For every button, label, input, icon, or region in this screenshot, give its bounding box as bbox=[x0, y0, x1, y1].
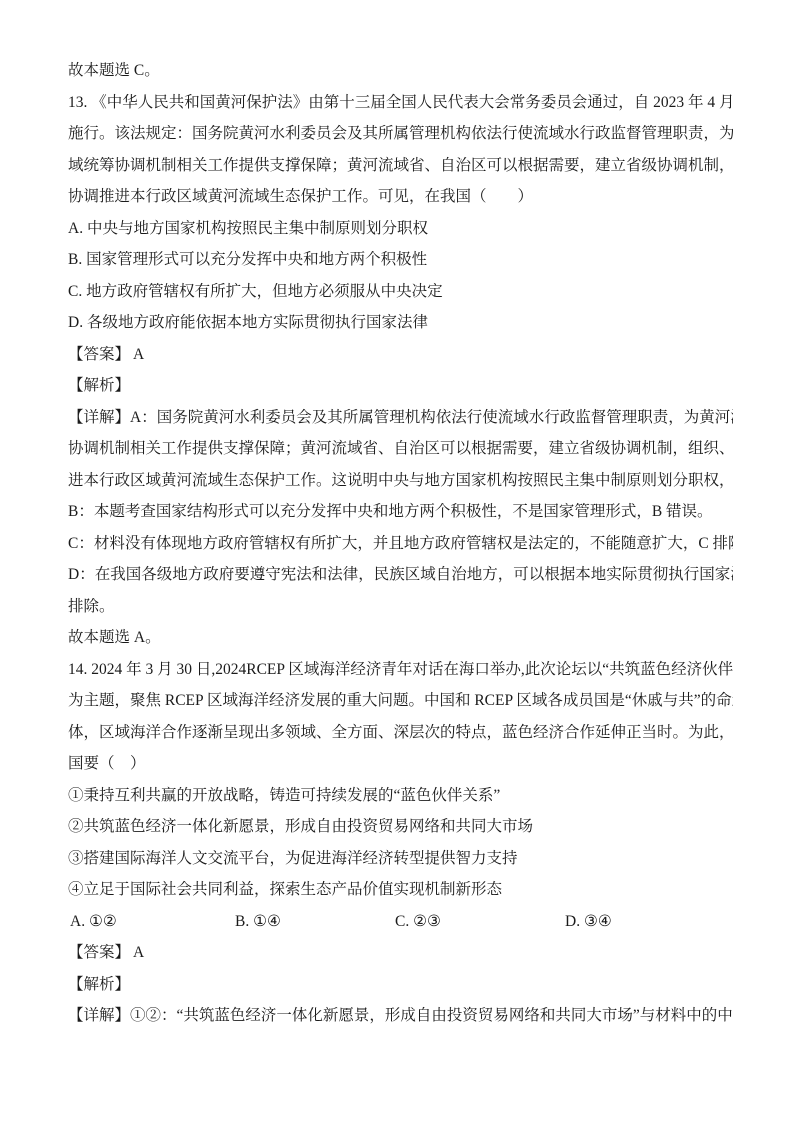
q14-statement-2: ②共筑蓝色经济一体化新愿景，形成自由投资贸易网络和共同大市场 bbox=[68, 811, 733, 843]
q14-stem-line-4: 国要（ ） bbox=[68, 748, 733, 780]
q14-option-b: B. ①④ bbox=[235, 906, 281, 938]
q13-detail-line-5: C：材料没有体现地方政府管辖权有所扩大，并且地方政府管辖权是法定的，不能随意扩大… bbox=[68, 528, 733, 560]
q14-answer-label: 【答案】 bbox=[68, 944, 130, 961]
q13-stem-line-2: 施行。该法规定：国务院黄河水利委员会及其所属管理机构依法行使流域水行政监督管理职… bbox=[68, 118, 733, 150]
q13-detail-line-7: 排除。 bbox=[68, 591, 733, 623]
q13-closing-statement: 故本题选 A。 bbox=[68, 622, 733, 654]
q13-answer-label: 【答案】 bbox=[68, 346, 130, 363]
q13-detail-line-3: 进本行政区域黄河流域生态保护工作。这说明中央与地方国家机构按照民主集中制原则划分… bbox=[68, 465, 733, 497]
q13-stem-line-4: 协调推进本行政区域黄河流域生态保护工作。可见，在我国（ ） bbox=[68, 181, 733, 213]
q14-option-a: A. ①② bbox=[70, 906, 117, 938]
q13-analysis-label: 【解析】 bbox=[68, 370, 733, 402]
q14-statement-1: ①秉持互利共赢的开放战略，铸造可持续发展的“蓝色伙伴关系” bbox=[68, 780, 733, 812]
q13-answer-value: A bbox=[133, 346, 144, 363]
exam-document-page: 故本题选 C。 13. 《中华人民共和国黄河保护法》由第十三届全国人民代表大会常… bbox=[0, 0, 800, 1131]
q13-option-b: B. 国家管理形式可以充分发挥中央和地方两个积极性 bbox=[68, 244, 733, 276]
q13-answer-line: 【答案】A bbox=[68, 339, 733, 371]
q14-statement-4: ④立足于国际社会共同利益，探索生态产品价值实现机制新形态 bbox=[68, 874, 733, 906]
q13-detail-line-4: B：本题考查国家结构形式可以充分发挥中央和地方两个积极性，不是国家管理形式，B … bbox=[68, 496, 733, 528]
q13-option-c: C. 地方政府管辖权有所扩大，但地方必须服从中央决定 bbox=[68, 276, 733, 308]
q13-detail-line-6: D：在我国各级地方政府要遵守宪法和法律，民族区域自治地方，可以根据本地实际贯彻执… bbox=[68, 559, 733, 591]
q14-stem-line-2: 为主题，聚焦 RCEP 区域海洋经济发展的重大问题。中国和 RCEP 区域各成员… bbox=[68, 685, 733, 717]
q13-detail-line-2: 协调机制相关工作提供支撑保障；黄河流域省、自治区可以根据需要，建立省级协调机制，… bbox=[68, 433, 733, 465]
q14-answer-line: 【答案】A bbox=[68, 937, 733, 969]
q14-options-row: A. ①② B. ①④ C. ②③ D. ③④ bbox=[68, 906, 733, 938]
q14-stem-line-1: 14. 2024 年 3 月 30 日,2024RCEP 区域海洋经济青年对话在… bbox=[68, 654, 733, 686]
q14-option-c: C. ②③ bbox=[395, 906, 441, 938]
q14-analysis-label: 【解析】 bbox=[68, 969, 733, 1001]
q13-option-d: D. 各级地方政府能依据本地方实际贯彻执行国家法律 bbox=[68, 307, 733, 339]
q12-closing-statement: 故本题选 C。 bbox=[68, 55, 733, 87]
q13-stem-line-3: 域统筹协调机制相关工作提供支撑保障；黄河流域省、自治区可以根据需要，建立省级协调… bbox=[68, 150, 733, 182]
q13-detail-line-1: 【详解】A：国务院黄河水利委员会及其所属管理机构依法行使流域水行政监督管理职责，… bbox=[68, 402, 733, 434]
q14-detail-line-1: 【详解】①②：“共筑蓝色经济一体化新愿景，形成自由投资贸易网络和共同大市场”与材… bbox=[68, 1000, 733, 1032]
q14-answer-value: A bbox=[133, 944, 144, 961]
q14-stem-line-3: 体，区域海洋合作逐渐呈现出多领域、全方面、深层次的特点，蓝色经济合作延伸正当时。… bbox=[68, 717, 733, 749]
q14-statement-3: ③搭建国际海洋人文交流平台，为促进海洋经济转型提供智力支持 bbox=[68, 843, 733, 875]
q13-option-a: A. 中央与地方国家机构按照民主集中制原则划分职权 bbox=[68, 213, 733, 245]
q13-stem-line-1: 13. 《中华人民共和国黄河保护法》由第十三届全国人民代表大会常务委员会通过，自… bbox=[68, 87, 733, 119]
q14-option-d: D. ③④ bbox=[565, 906, 612, 938]
